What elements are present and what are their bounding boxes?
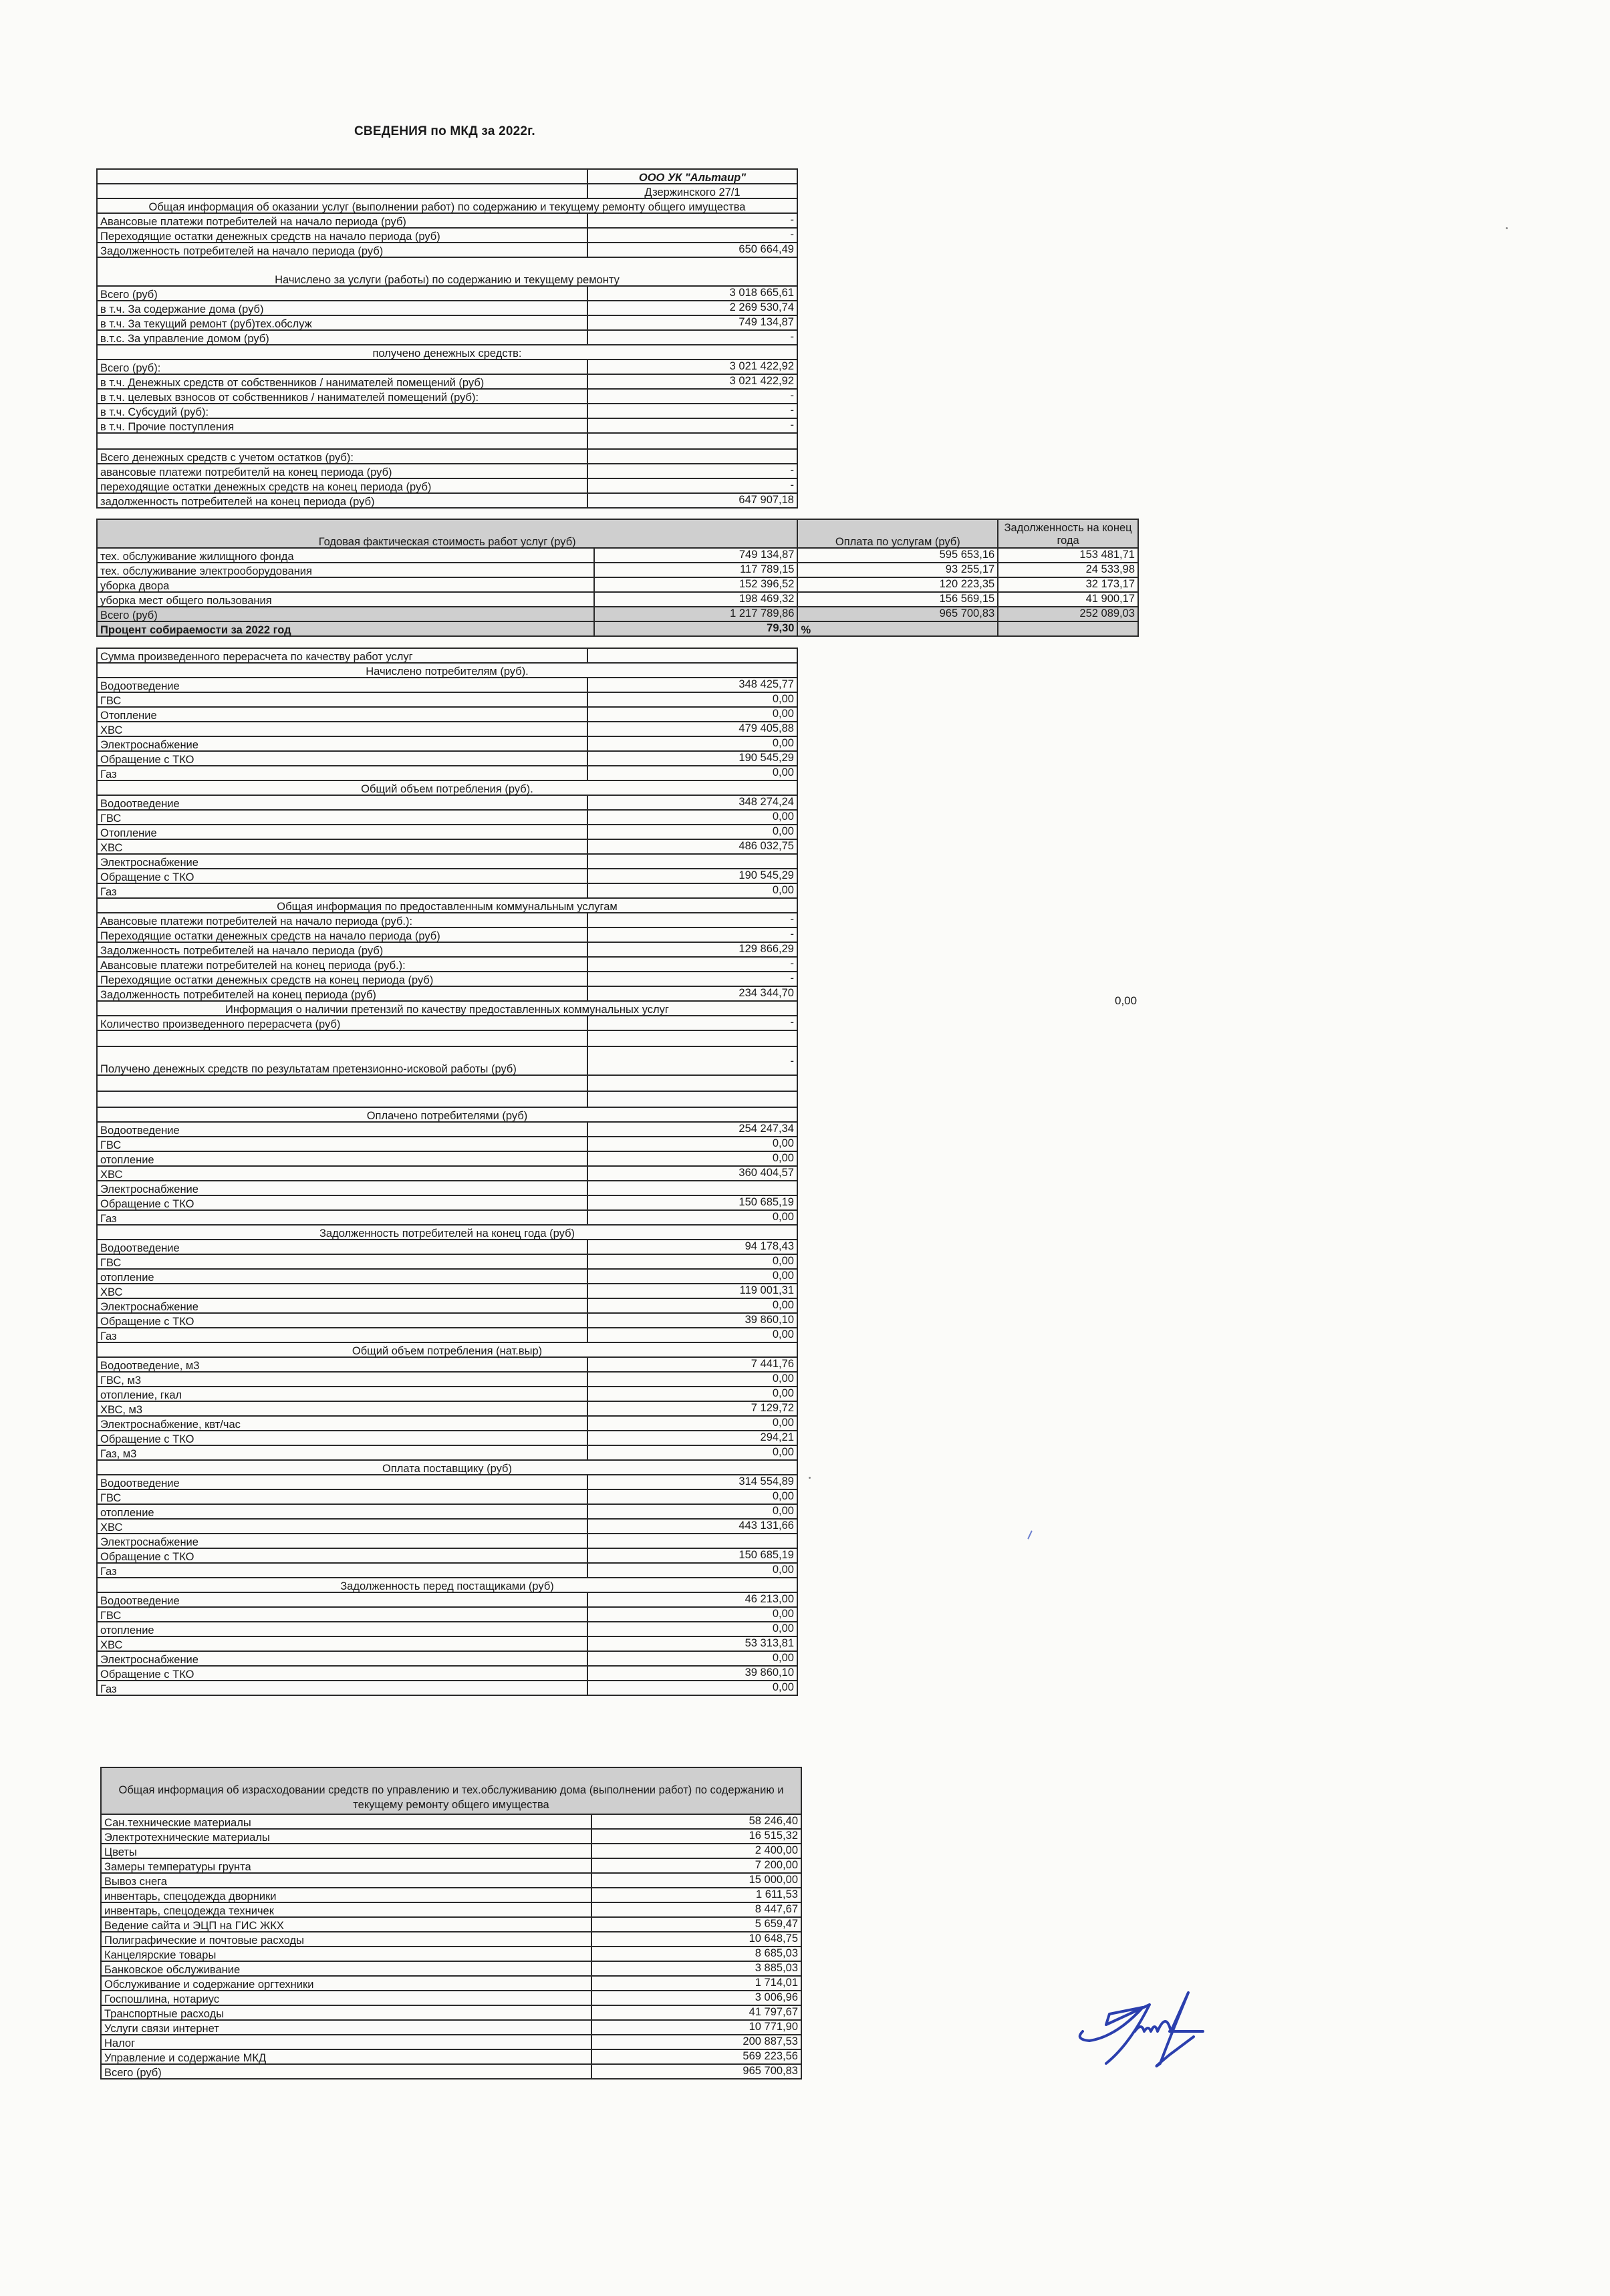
cost-row: уборка мест общего пользования 198 469,3… xyxy=(97,592,1138,607)
utility-row: ГВС 0,00 xyxy=(97,1137,797,1151)
row-value: 360 404,57 xyxy=(587,1166,797,1181)
cost-row: тех. обслуживание электрооборудования 11… xyxy=(97,563,1138,577)
expense-row: Управление и содержание МКД 569 223,56 xyxy=(101,2049,801,2064)
utility-row: Водоотведение 254 247,34 xyxy=(97,1122,797,1137)
row-label: Электроснабжение xyxy=(97,1298,587,1313)
utility-row: Газ 0,00 xyxy=(97,1563,797,1578)
paid-value: 595 653,16 xyxy=(797,548,998,563)
claims-lawsuit-value: - xyxy=(587,1046,797,1075)
row-value: 0,00 xyxy=(587,1298,797,1313)
row-value: 0,00 xyxy=(587,707,797,722)
section-header: Общий объем потребления (руб). xyxy=(97,780,797,795)
row-value: 0,00 xyxy=(587,1269,797,1284)
utility-row: Отопление 0,00 xyxy=(97,825,797,839)
row-label: Обращение с ТКО xyxy=(97,1195,587,1210)
paid-value: 93 255,17 xyxy=(797,563,998,577)
accrued-row: в т.ч. За текущий ремонт (руб)тех.обслуж… xyxy=(97,315,797,330)
utility-row: Газ 0,00 xyxy=(97,1681,797,1695)
company-name: ООО УК "Альтаир" xyxy=(587,169,797,184)
row-label: Водоотведение, м3 xyxy=(97,1357,587,1372)
row-value: 7 200,00 xyxy=(591,1858,801,1873)
communal-row: Задолженность потребителей на конец пери… xyxy=(97,986,797,1001)
row-label: Задолженность потребителей на конец пери… xyxy=(97,986,587,1001)
row-value xyxy=(587,854,797,869)
debt-value: 24 533,98 xyxy=(998,563,1138,577)
row-label: Обращение с ТКО xyxy=(97,1313,587,1328)
row-value: 8 447,67 xyxy=(591,1902,801,1917)
row-value: 1 611,53 xyxy=(591,1888,801,1902)
utility-row: Электроснабжение xyxy=(97,1534,797,1548)
row-label: Газ xyxy=(97,883,587,898)
row-value: - xyxy=(587,404,797,418)
row-value: - xyxy=(587,213,797,228)
accrued-row: в.т.с. За управление домом (руб) - xyxy=(97,330,797,345)
row-label: Газ xyxy=(97,1328,587,1342)
utility-row: отопление, гкал 0,00 xyxy=(97,1387,797,1401)
cost-row: тех. обслуживание жилищного фонда 749 13… xyxy=(97,548,1138,563)
utility-row: Водоотведение 348 425,77 xyxy=(97,678,797,692)
cost-label: уборка мест общего пользования xyxy=(97,592,594,607)
utility-row: отопление 0,00 xyxy=(97,1269,797,1284)
utility-row: Газ 0,00 xyxy=(97,1210,797,1225)
expense-row: Электротехнические материалы 16 515,32 xyxy=(101,1829,801,1844)
received-row: в т.ч. Денежных средств от собственников… xyxy=(97,374,797,389)
section-header-received: получено денежных средств: xyxy=(97,345,797,360)
expense-row: Обслуживание и содержание оргтехники 1 7… xyxy=(101,1976,801,1991)
row-label: ГВС, м3 xyxy=(97,1372,587,1387)
row-label: Водоотведение xyxy=(97,1122,587,1137)
utility-row: Обращение с ТКО 39 860,10 xyxy=(97,1313,797,1328)
row-value: 5 659,47 xyxy=(591,1917,801,1932)
row-label: Вывоз снега xyxy=(101,1873,591,1888)
row-label: отопление xyxy=(97,1151,587,1166)
general-row: Переходящие остатки денежных средств на … xyxy=(97,228,797,243)
row-value: 348 274,24 xyxy=(587,795,797,810)
section-header: Оплата поставщику (руб) xyxy=(97,1460,797,1475)
section-header: Задолженность перед постащиками (руб) xyxy=(97,1578,797,1592)
expense-row: Банковское обслуживание 3 885,03 xyxy=(101,1961,801,1976)
row-label: задолженность потребителей на конец пери… xyxy=(97,493,587,508)
expense-row: Услуги связи интернет 10 771,90 xyxy=(101,2020,801,2035)
balance-row: Всего денежных средств с учетом остатков… xyxy=(97,449,797,464)
utility-row: ГВС 0,00 xyxy=(97,1254,797,1269)
utility-row: ХВС, м3 7 129,72 xyxy=(97,1401,797,1416)
balance-row: задолженность потребителей на конец пери… xyxy=(97,493,797,508)
row-label: Услуги связи интернет xyxy=(101,2020,591,2035)
cost-label: тех. обслуживание электрооборудования xyxy=(97,563,594,577)
row-value: 3 006,96 xyxy=(591,1991,801,2005)
received-row: Всего (руб): 3 021 422,92 xyxy=(97,360,797,374)
collection-percent-value: 79,30 xyxy=(594,621,798,636)
row-label: ХВС xyxy=(97,1284,587,1298)
cost-row: уборка двора 152 396,52 120 223,35 32 17… xyxy=(97,577,1138,592)
row-label: Задолженность потребителей на начало пер… xyxy=(97,243,587,257)
signature-image xyxy=(1069,1985,1230,2078)
row-value: 0,00 xyxy=(587,1445,797,1460)
row-value: 0,00 xyxy=(587,1651,797,1666)
row-label: Управление и содержание МКД xyxy=(101,2049,591,2064)
row-value: - xyxy=(587,478,797,493)
row-label: Полиграфические и почтовые расходы xyxy=(101,1932,591,1947)
row-value: 190 545,29 xyxy=(587,751,797,766)
claims-recalc-value: - xyxy=(587,1016,797,1030)
row-value: 647 907,18 xyxy=(587,493,797,508)
utility-row: Обращение с ТКО 190 545,29 xyxy=(97,751,797,766)
row-label: Газ xyxy=(97,1681,587,1695)
expense-row: Всего (руб) 965 700,83 xyxy=(101,2064,801,2079)
row-value: 0,00 xyxy=(587,1622,797,1636)
row-value: - xyxy=(587,913,797,927)
cost-value: 152 396,52 xyxy=(594,577,798,592)
row-value: 58 246,40 xyxy=(591,1814,801,1829)
cost-label: уборка двора xyxy=(97,577,594,592)
utility-row: Газ 0,00 xyxy=(97,766,797,780)
row-value: 486 032,75 xyxy=(587,839,797,854)
row-value: 46 213,00 xyxy=(587,1592,797,1607)
utility-row: Электроснабжение, квт/час 0,00 xyxy=(97,1416,797,1431)
utility-row: Электроснабжение 0,00 xyxy=(97,1298,797,1313)
row-value: 0,00 xyxy=(587,1151,797,1166)
row-label: ХВС xyxy=(97,839,587,854)
row-label: в т.ч. За текущий ремонт (руб)тех.обслуж xyxy=(97,315,587,330)
utility-row: Газ 0,00 xyxy=(97,883,797,898)
row-label: ХВС xyxy=(97,1166,587,1181)
expense-row: Вывоз снега 15 000,00 xyxy=(101,1873,801,1888)
row-label: Обращение с ТКО xyxy=(97,1431,587,1445)
recalc-label: Сумма произведенного перерасчета по каче… xyxy=(97,648,587,663)
row-value: 0,00 xyxy=(587,810,797,825)
row-value: 94 178,43 xyxy=(587,1240,797,1254)
row-label: Замеры температуры грунта xyxy=(101,1858,591,1873)
row-label: Газ xyxy=(97,1563,587,1578)
row-label: Водоотведение xyxy=(97,795,587,810)
utility-row: ХВС 360 404,57 xyxy=(97,1166,797,1181)
row-value: 0,00 xyxy=(587,1563,797,1578)
row-value: 10 648,75 xyxy=(591,1932,801,1947)
row-value: 2 269 530,74 xyxy=(587,301,797,315)
row-value: 150 685,19 xyxy=(587,1548,797,1563)
claims-recalc-label: Количество произведенного перерасчета (р… xyxy=(97,1016,587,1030)
section-header: Общий объем потребления (нат.выр) xyxy=(97,1342,797,1357)
utility-row: ГВС 0,00 xyxy=(97,1489,797,1504)
row-value: 0,00 xyxy=(587,1254,797,1269)
row-value: - xyxy=(587,228,797,243)
row-value: 0,00 xyxy=(587,1489,797,1504)
expense-row: Полиграфические и почтовые расходы 10 64… xyxy=(101,1932,801,1947)
row-label: Электроснабжение xyxy=(97,1181,587,1195)
section-header: Задолженность потребителей на конец года… xyxy=(97,1225,797,1240)
row-value: 150 685,19 xyxy=(587,1195,797,1210)
received-row: в т.ч. целевых взносов от собственников … xyxy=(97,389,797,404)
utility-row: Водоотведение 94 178,43 xyxy=(97,1240,797,1254)
section-header-expenses: Общая информация об израсходовании средс… xyxy=(101,1767,801,1814)
expense-row: Налог 200 887,53 xyxy=(101,2035,801,2049)
expense-row: инвентарь, спецодежда техничек 8 447,67 xyxy=(101,1902,801,1917)
row-value: - xyxy=(587,389,797,404)
debt-value: 32 173,17 xyxy=(998,577,1138,592)
header-paid: Оплата по услугам (руб) xyxy=(797,519,998,548)
row-label: в т.ч. За содержание дома (руб) xyxy=(97,301,587,315)
row-label: ХВС xyxy=(97,1519,587,1534)
row-value: 443 131,66 xyxy=(587,1519,797,1534)
row-value: 650 664,49 xyxy=(587,243,797,257)
row-label: Электроснабжение xyxy=(97,1534,587,1548)
row-label: отопление xyxy=(97,1622,587,1636)
row-label: Транспортные расходы xyxy=(101,2005,591,2020)
collection-percent-unit: % xyxy=(797,621,998,636)
row-label: Ведение сайта и ЭЦП на ГИС ЖКХ xyxy=(101,1917,591,1932)
row-label: отопление xyxy=(97,1269,587,1284)
row-label: Цветы xyxy=(101,1844,591,1858)
row-value: 10 771,90 xyxy=(591,2020,801,2035)
cost-value: 749 134,87 xyxy=(594,548,798,563)
expense-row: Сан.технические материалы 58 246,40 xyxy=(101,1814,801,1829)
main-info-table: ООО УК "Альтаир" Дзержинского 27/1 Общая… xyxy=(96,168,798,509)
row-value: - xyxy=(587,330,797,345)
row-label: Водоотведение xyxy=(97,678,587,692)
row-label: в.т.с. За управление домом (руб) xyxy=(97,330,587,345)
scan-speck xyxy=(809,1477,811,1479)
communal-row: Авансовые платежи потребителей на начало… xyxy=(97,913,797,927)
row-value: 0,00 xyxy=(587,1681,797,1695)
row-label: Всего денежных средств с учетом остатков… xyxy=(97,449,587,464)
paid-value: 156 569,15 xyxy=(797,592,998,607)
utility-row: Электроснабжение 0,00 xyxy=(97,736,797,751)
expenses-table: Общая информация об израсходовании средс… xyxy=(100,1767,802,2079)
row-label: ХВС, м3 xyxy=(97,1401,587,1416)
row-label: Электротехнические материалы xyxy=(101,1829,591,1844)
utility-row: Отопление 0,00 xyxy=(97,707,797,722)
row-label: Газ xyxy=(97,766,587,780)
recalc-value xyxy=(587,648,797,663)
general-row: Задолженность потребителей на начало пер… xyxy=(97,243,797,257)
row-label: Электроснабжение xyxy=(97,1651,587,1666)
row-value xyxy=(587,1534,797,1548)
row-label: ГВС xyxy=(97,692,587,707)
expense-row: Транспортные расходы 41 797,67 xyxy=(101,2005,801,2020)
row-value: 348 425,77 xyxy=(587,678,797,692)
scan-speck xyxy=(1506,227,1508,229)
row-value: 314 554,89 xyxy=(587,1475,797,1489)
row-label: Всего (руб): xyxy=(97,360,587,374)
utility-row: Электроснабжение xyxy=(97,1181,797,1195)
row-value: 294,21 xyxy=(587,1431,797,1445)
claims-lawsuit-label: Получено денежных средств по результатам… xyxy=(97,1046,587,1075)
balance-row: авансовые платежи потребителй на конец п… xyxy=(97,464,797,478)
row-value: 0,00 xyxy=(587,736,797,751)
row-label: Газ xyxy=(97,1210,587,1225)
row-value: 0,00 xyxy=(587,1210,797,1225)
row-label: Электроснабжение xyxy=(97,854,587,869)
cost-label: тех. обслуживание жилищного фонда xyxy=(97,548,594,563)
row-label: Водоотведение xyxy=(97,1240,587,1254)
row-label: в т.ч. Прочие поступления xyxy=(97,418,587,433)
row-value: 3 021 422,92 xyxy=(587,360,797,374)
row-label: ГВС xyxy=(97,1137,587,1151)
row-value: 749 134,87 xyxy=(587,315,797,330)
row-label: ХВС xyxy=(97,1636,587,1651)
utility-row: ГВС, м3 0,00 xyxy=(97,1372,797,1387)
utility-row: Электроснабжение xyxy=(97,854,797,869)
row-label: Авансовые платежи потребителей на конец … xyxy=(97,957,587,972)
row-value: 0,00 xyxy=(587,1137,797,1151)
utility-row: отопление 0,00 xyxy=(97,1504,797,1519)
communal-row: Авансовые платежи потребителей на конец … xyxy=(97,957,797,972)
row-value: 0,00 xyxy=(587,1328,797,1342)
section-header-communal: Общая информация по предоставленным комм… xyxy=(97,898,797,913)
row-label: Обращение с ТКО xyxy=(97,751,587,766)
row-label: ГВС xyxy=(97,810,587,825)
total-paid: 965 700,83 xyxy=(797,607,998,621)
row-label: Банковское обслуживание xyxy=(101,1961,591,1976)
utility-row: Водоотведение 314 554,89 xyxy=(97,1475,797,1489)
row-label: Канцелярские товары xyxy=(101,1947,591,1961)
row-value: 0,00 xyxy=(587,1387,797,1401)
row-label: ГВС xyxy=(97,1489,587,1504)
utility-row: ГВС 0,00 xyxy=(97,692,797,707)
utility-row: Обращение с ТКО 150 685,19 xyxy=(97,1548,797,1563)
row-value xyxy=(587,1181,797,1195)
row-value: 0,00 xyxy=(587,766,797,780)
utility-row: ХВС 479 405,88 xyxy=(97,722,797,736)
utility-row: Электроснабжение 0,00 xyxy=(97,1651,797,1666)
section-header-claims: Информация о наличии претензий по качест… xyxy=(97,1001,797,1016)
debt-value: 153 481,71 xyxy=(998,548,1138,563)
row-label: Газ, м3 xyxy=(97,1445,587,1460)
expense-row: Замеры температуры грунта 7 200,00 xyxy=(101,1858,801,1873)
total-debt: 252 089,03 xyxy=(998,607,1138,621)
utility-row: Обращение с ТКО 39 860,10 xyxy=(97,1666,797,1681)
utility-row: отопление 0,00 xyxy=(97,1622,797,1636)
row-value: 53 313,81 xyxy=(587,1636,797,1651)
row-label: Отопление xyxy=(97,707,587,722)
row-value: 234 344,70 xyxy=(587,986,797,1001)
debt-value: 41 900,17 xyxy=(998,592,1138,607)
balance-row: переходящие остатки денежных средств на … xyxy=(97,478,797,493)
row-value xyxy=(587,449,797,464)
row-label: в т.ч. Субсудий (руб): xyxy=(97,404,587,418)
row-value: 1 714,01 xyxy=(591,1976,801,1991)
row-label: инвентарь, спецодежда техничек xyxy=(101,1902,591,1917)
row-label: Авансовые платежи потребителей на начало… xyxy=(97,913,587,927)
total-cost: 1 217 789,86 xyxy=(594,607,798,621)
annual-cost-table: Годовая фактическая стоимость работ услу… xyxy=(96,519,1139,637)
row-value: 2 400,00 xyxy=(591,1844,801,1858)
utility-row: Обращение с ТКО 150 685,19 xyxy=(97,1195,797,1210)
row-value: - xyxy=(587,927,797,942)
row-label: Авансовые платежи потребителей на начало… xyxy=(97,213,587,228)
row-label: в т.ч. Денежных средств от собственников… xyxy=(97,374,587,389)
utility-row: ХВС 486 032,75 xyxy=(97,839,797,854)
utility-row: Обращение с ТКО 294,21 xyxy=(97,1431,797,1445)
row-value: 0,00 xyxy=(587,1372,797,1387)
row-value: 190 545,29 xyxy=(587,869,797,883)
utility-row: Водоотведение, м3 7 441,76 xyxy=(97,1357,797,1372)
row-label: Переходящие остатки денежных средств на … xyxy=(97,927,587,942)
accrued-row: в т.ч. За содержание дома (руб) 2 269 53… xyxy=(97,301,797,315)
row-value: 41 797,67 xyxy=(591,2005,801,2020)
utility-row: Газ, м3 0,00 xyxy=(97,1445,797,1460)
utility-row: ХВС 443 131,66 xyxy=(97,1519,797,1534)
row-label: отопление xyxy=(97,1504,587,1519)
utility-row: ХВС 119 001,31 xyxy=(97,1284,797,1298)
row-value: 0,00 xyxy=(587,1504,797,1519)
row-label: инвентарь, спецодежда дворники xyxy=(101,1888,591,1902)
row-value: 569 223,56 xyxy=(591,2049,801,2064)
row-value: 7 129,72 xyxy=(587,1401,797,1416)
row-label: Переходящие остатки денежных средств на … xyxy=(97,228,587,243)
row-label: ХВС xyxy=(97,722,587,736)
row-label: отопление, гкал xyxy=(97,1387,587,1401)
row-label: Всего (руб) xyxy=(101,2064,591,2079)
utility-row: Газ 0,00 xyxy=(97,1328,797,1342)
row-label: Обращение с ТКО xyxy=(97,869,587,883)
cost-value: 198 469,32 xyxy=(594,592,798,607)
utility-row: ГВС 0,00 xyxy=(97,1607,797,1622)
utility-row: ГВС 0,00 xyxy=(97,810,797,825)
stray-value: 0,00 xyxy=(1115,994,1137,1008)
received-row: в т.ч. Субсудий (руб): - xyxy=(97,404,797,418)
row-label: Обслуживание и содержание оргтехники xyxy=(101,1976,591,1991)
building-address: Дзержинского 27/1 xyxy=(587,184,797,198)
row-label: в т.ч. целевых взносов от собственников … xyxy=(97,389,587,404)
section-header-accrued: Начислено за услуги (работы) по содержан… xyxy=(97,257,797,286)
document-title: СВЕДЕНИЯ по МКД за 2022г. xyxy=(354,124,535,139)
row-value: 3 885,03 xyxy=(591,1961,801,1976)
row-label: Обращение с ТКО xyxy=(97,1548,587,1563)
row-value: 15 000,00 xyxy=(591,1873,801,1888)
row-label: Налог xyxy=(101,2035,591,2049)
utility-row: Водоотведение 348 274,24 xyxy=(97,795,797,810)
communal-row: Переходящие остатки денежных средств на … xyxy=(97,927,797,942)
expense-row: Госпошлина, нотариус 3 006,96 xyxy=(101,1991,801,2005)
row-value: 3 021 422,92 xyxy=(587,374,797,389)
row-value: 0,00 xyxy=(587,692,797,707)
section-header-general: Общая информация об оказании услуг (выпо… xyxy=(97,198,797,213)
accrued-row: Всего (руб) 3 018 665,61 xyxy=(97,286,797,301)
expense-row: Ведение сайта и ЭЦП на ГИС ЖКХ 5 659,47 xyxy=(101,1917,801,1932)
row-value: 129 866,29 xyxy=(587,942,797,957)
row-value: 3 018 665,61 xyxy=(587,286,797,301)
header-annual-cost: Годовая фактическая стоимость работ услу… xyxy=(97,519,797,548)
row-value: 0,00 xyxy=(587,1607,797,1622)
total-label: Всего (руб) xyxy=(97,607,594,621)
row-value: 479 405,88 xyxy=(587,722,797,736)
general-row: Авансовые платежи потребителей на начало… xyxy=(97,213,797,228)
expense-row: инвентарь, спецодежда дворники 1 611,53 xyxy=(101,1888,801,1902)
row-label: ГВС xyxy=(97,1607,587,1622)
row-value: 200 887,53 xyxy=(591,2035,801,2049)
row-label: Электроснабжение xyxy=(97,736,587,751)
row-value: - xyxy=(587,418,797,433)
row-label: Электроснабжение, квт/час xyxy=(97,1416,587,1431)
utility-row: Обращение с ТКО 190 545,29 xyxy=(97,869,797,883)
row-value: 965 700,83 xyxy=(591,2064,801,2079)
expense-row: Канцелярские товары 8 685,03 xyxy=(101,1947,801,1961)
row-value: - xyxy=(587,972,797,986)
row-label: Отопление xyxy=(97,825,587,839)
row-label: Госпошлина, нотариус xyxy=(101,1991,591,2005)
row-value: 119 001,31 xyxy=(587,1284,797,1298)
communal-row: Задолженность потребителей на начало пер… xyxy=(97,942,797,957)
row-label: Переходящие остатки денежных средств на … xyxy=(97,972,587,986)
row-value: 254 247,34 xyxy=(587,1122,797,1137)
row-label: Водоотведение xyxy=(97,1475,587,1489)
row-value: 16 515,32 xyxy=(591,1829,801,1844)
row-value: 0,00 xyxy=(587,1416,797,1431)
scan-mark xyxy=(1027,1530,1033,1540)
row-label: Водоотведение xyxy=(97,1592,587,1607)
